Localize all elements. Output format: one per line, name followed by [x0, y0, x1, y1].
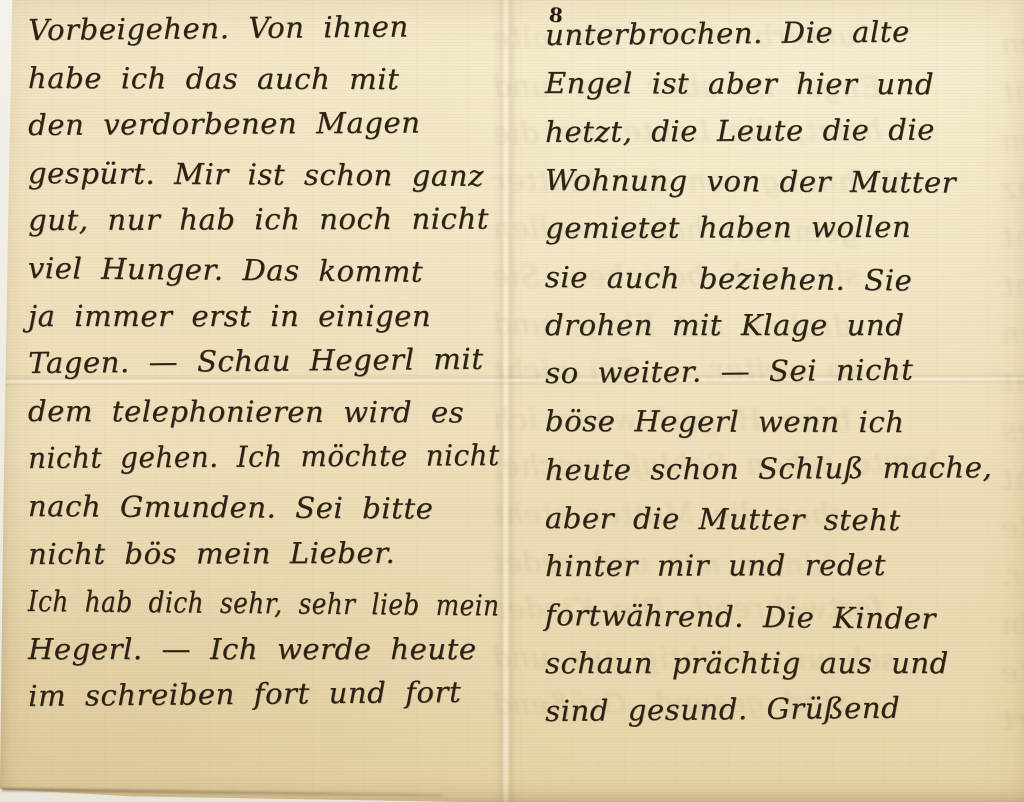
handwriting-line: nicht bös mein Lieber.: [28, 534, 395, 571]
handwriting-line: böse Hegerl wenn ich: [545, 403, 905, 440]
ink-showthrough-line: gespürt. Mir ist schon ganz: [1001, 171, 1024, 207]
ink-showthrough-line: im schreiben fort und fort: [1001, 699, 1024, 738]
handwriting-line: viel Hunger. Das kommt: [28, 250, 424, 290]
handwriting-line: Hegerl. — Ich werde heute: [28, 631, 477, 667]
letter-scan: unterbrochen. Die alteEngel ist aber hie…: [0, 0, 1024, 802]
letter-page-right: Vorbeigehen. Von ihnenhabe ich das auch …: [545, 0, 1015, 802]
handwriting-line: sind gesund. Grüßend: [545, 690, 900, 730]
ink-showthrough-line: Tagen. — Schau Hegerl mit: [1001, 361, 1024, 400]
ink-showthrough-line: dem telephonieren wird es: [1001, 412, 1024, 450]
ink-showthrough-line: nicht bös mein Lieber.: [1001, 557, 1024, 597]
handwriting-line: drohen mit Klage und: [545, 307, 904, 343]
letter-paper-sheet: unterbrochen. Die alteEngel ist aber hie…: [0, 0, 1024, 802]
handwriting-line: dem telephonieren wird es: [28, 393, 464, 431]
handwriting-line: sie auch beziehen. Sie: [545, 259, 913, 299]
handwriting-line: Ich hab dich sehr, sehr lieb mein: [28, 583, 500, 624]
ink-showthrough-line: Hegerl. — Ich werde heute: [1001, 654, 1024, 693]
handwriting-line: Wohnung von der Mutter: [545, 162, 956, 201]
ink-showthrough-line: Vorbeigehen. Von ihnen: [1001, 24, 1024, 63]
handwriting-line: heute schon Schluß mache,: [545, 449, 992, 488]
handwriting-line: gemietet haben wollen: [545, 209, 911, 246]
ink-showthrough-line: den verdorbenen Magen: [1001, 119, 1024, 159]
handwriting-line: ja immer erst in einigen: [28, 298, 431, 334]
handwriting-line: schaun prächtig aus und: [545, 645, 949, 681]
handwriting-line: Engel ist aber hier und: [545, 65, 934, 102]
ink-showthrough-line: gut, nur hab ich noch nicht: [1001, 219, 1024, 260]
handwriting-line: Tagen. — Schau Hegerl mit: [28, 341, 484, 382]
handwriting-line: nicht gehen. Ich möchte nicht: [28, 437, 500, 476]
handwriting-line: nach Gmunden. Sei bitte: [28, 488, 434, 527]
handwriting-line: Vorbeigehen. Von ihnen: [28, 8, 409, 48]
page-number-mark: 8: [548, 2, 564, 27]
handwriting-line: hinter mir und redet: [545, 547, 886, 584]
ink-showthrough-line: ja immer erst in einigen: [1001, 316, 1024, 355]
ink-showthrough-line: nach Gmunden. Sei bitte: [1001, 509, 1024, 545]
letter-page-left: unterbrochen. Die alteEngel ist aber hie…: [28, 0, 506, 802]
handwriting-line: gut, nur hab ich noch nicht: [28, 201, 489, 239]
handwriting-line: im schreiben fort und fort: [28, 674, 461, 714]
ink-showthrough-line: habe ich das auch mit: [1001, 74, 1024, 111]
handwriting-line: gespürt. Mir ist schon ganz: [28, 155, 484, 194]
handwriting-line: habe ich das auch mit: [28, 60, 400, 97]
handwriting-line: hetzt, die Leute die die: [545, 111, 935, 150]
handwriting-line: fortwährend. Die Kinder: [545, 597, 936, 637]
handwriting-line: unterbrochen. Die alte: [545, 14, 910, 54]
handwriting-line: aber die Mutter steht: [545, 500, 901, 538]
ink-showthrough-line: Ich hab dich sehr, sehr lieb mein: [1001, 604, 1024, 642]
handwriting-line: so weiter. — Sei nicht: [545, 352, 914, 392]
ink-showthrough-line: viel Hunger. Das kommt: [1001, 266, 1024, 303]
ink-showthrough-line: nicht gehen. Ich möchte nicht: [1001, 456, 1024, 497]
handwriting-line: den verdorbenen Magen: [28, 105, 421, 144]
